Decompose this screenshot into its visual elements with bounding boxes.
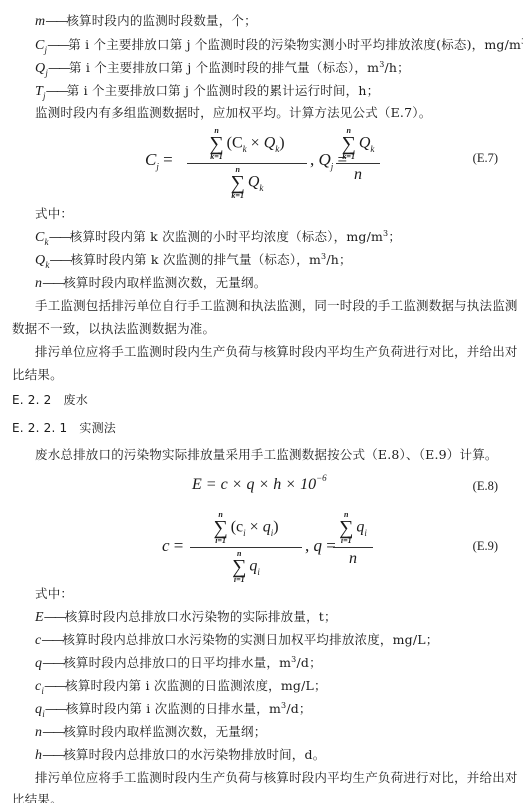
- equation-label-e9: (E.9): [473, 539, 498, 554]
- definition-ck: Ck——核算时段内第 k 次监测的小时平均浓度（标态），mg/m3；: [35, 229, 401, 250]
- definition-c: c——核算时段内总排放口水污染物的实测日加权平均排放浓度，mg/L；: [35, 632, 439, 649]
- section-heading-e2221: E. 2. 2. 1实测法: [12, 420, 116, 436]
- paragraph-compare-load-2: 排污单位应将手工监测时段内生产负荷与核算时段内平均生产负荷进行对比，并给出对: [35, 770, 518, 786]
- definition-h: h——核算时段内总排放口的水污染物排放时间，d。: [35, 747, 325, 764]
- fraction-q: n∑i=1qi n: [333, 511, 373, 568]
- where-label-2: 式中：: [35, 586, 73, 602]
- paragraph-manual-monitoring-cont: 数据不一致，以执法监测数据为准。: [12, 321, 215, 337]
- definition-q: q——核算时段内总排放口的日平均排水量，m3/d；: [35, 655, 322, 672]
- fraction-cj: n∑k=1(Ck × Qk) n∑k=1Qk: [187, 127, 307, 200]
- fraction-qj: n∑k=1Qk n: [336, 127, 380, 184]
- definition-qi: qi——核算时段内第 i 次监测的日排水量，m3/d；: [35, 701, 312, 722]
- paragraph-compare-load-cont: 比结果。: [12, 367, 63, 383]
- where-label: 式中：: [35, 206, 73, 222]
- definition-e: E——核算时段内总排放口水污染物的实际排放量，t；: [35, 609, 337, 626]
- paragraph-wastewater: 废水总排放口的污染物实际排放量采用手工监测数据按公式（E.8）、（E.9）计算。: [35, 447, 498, 463]
- fraction-c: n∑i=1(ci × qi) n∑i=1qi: [190, 511, 302, 584]
- definition-ci: ci——核算时段内第 i 次监测的日监测浓度，mg/L；: [35, 678, 327, 699]
- equation-label-e7: (E.7): [473, 151, 498, 166]
- definition-m: m——核算时段内的监测时段数量，个；: [35, 13, 257, 30]
- definition-tj: Tj——第 i 个主要排放口第 j 个监测时段的累计运行时间，h；: [35, 83, 379, 104]
- paragraph-compare-load-2-cont: 比结果。: [12, 792, 63, 803]
- section-heading-e222: E. 2. 2废水: [12, 392, 88, 408]
- definition-qk: Qk——核算时段内第 k 次监测的排气量（标态），m3/h；: [35, 252, 352, 273]
- definition-n: n——核算时段内取样监测次数，无量纲。: [35, 275, 266, 292]
- definition-qj: Qj——第 i 个主要排放口第 j 个监测时段的排气量（标态），m3/h；: [35, 60, 410, 81]
- paragraph-compare-load: 排污单位应将手工监测时段内生产负荷与核算时段内平均生产负荷进行对比，并给出对: [35, 344, 518, 360]
- symbol: m: [35, 14, 45, 29]
- definition-cj: Cj——第 i 个主要排放口第 j 个监测时段的污染物实测小时平均排放浓度(标态…: [35, 37, 523, 58]
- paragraph-weighted-average: 监测时段内有多组监测数据时，应加权平均。计算方法见公式（E.7）。: [35, 105, 431, 121]
- equation-label-e8: (E.8): [473, 479, 498, 494]
- paragraph-manual-monitoring: 手工监测包括排污单位自行手工监测和执法监测，同一时段的手工监测数据与执法监测: [35, 298, 518, 314]
- definition-n-2: n——核算时段内取样监测次数，无量纲；: [35, 724, 266, 741]
